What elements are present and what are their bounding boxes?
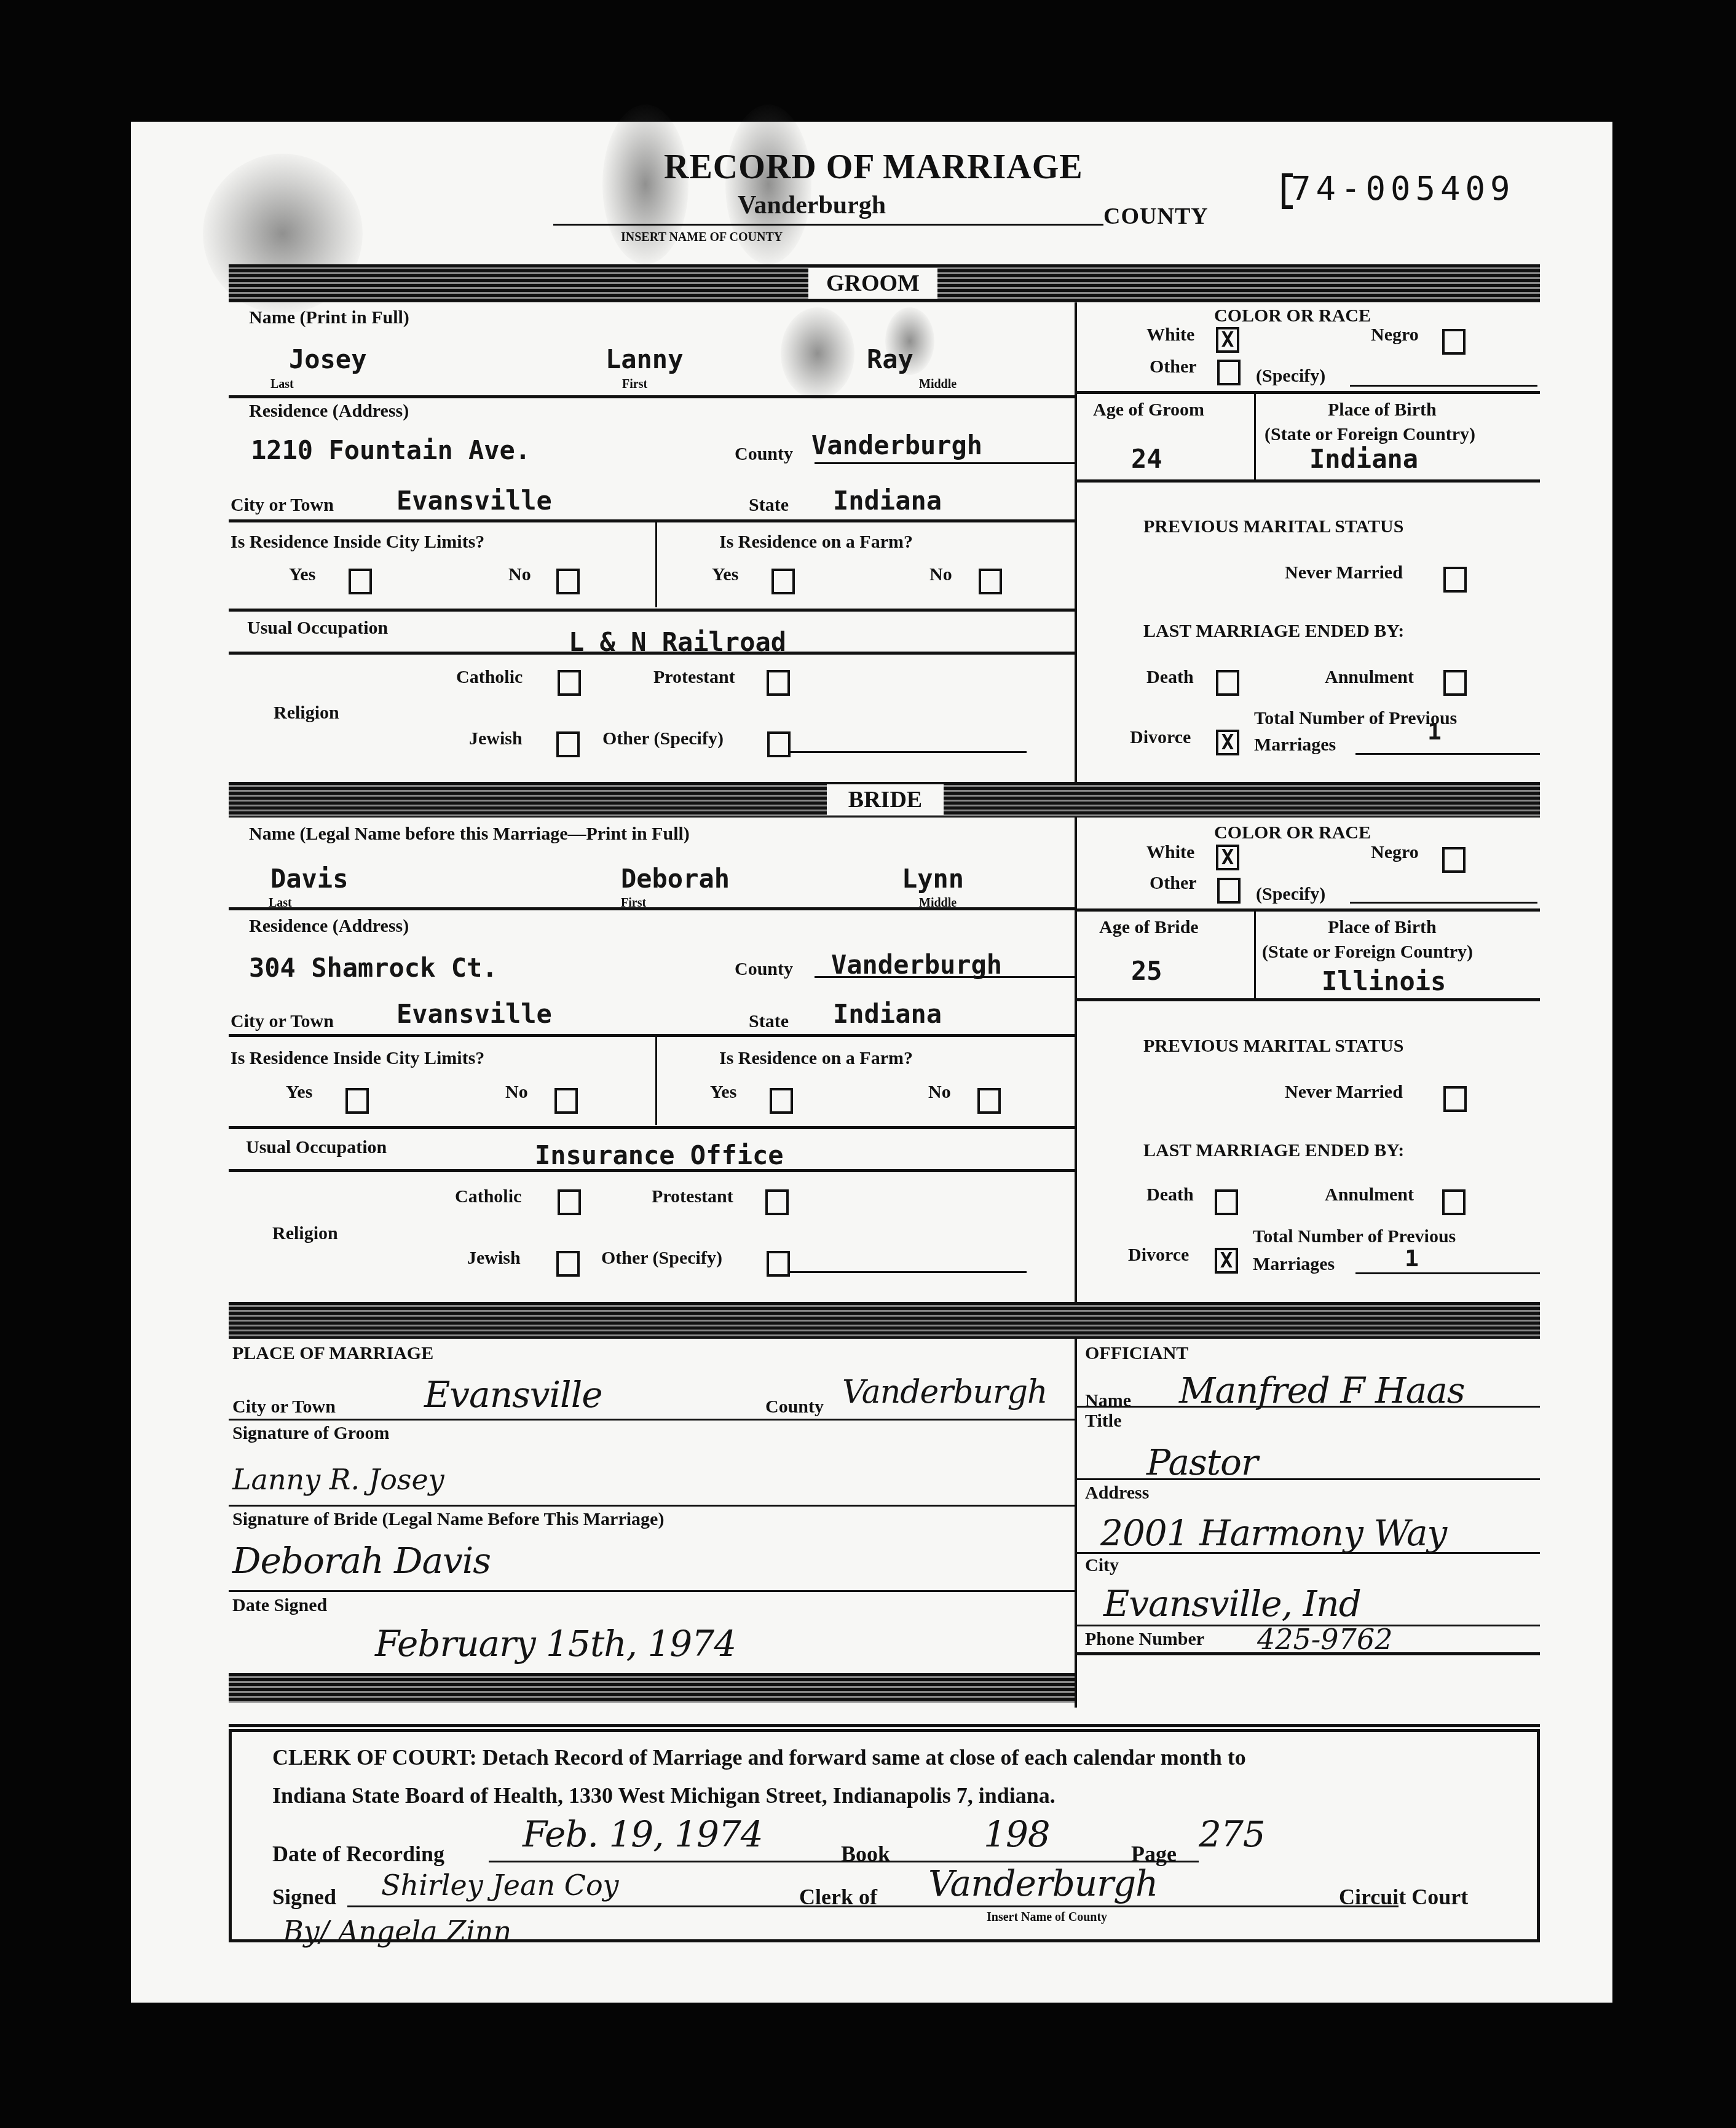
groom-race-specify-label: (Specify) (1256, 366, 1325, 387)
bride-county-label: County (735, 959, 793, 980)
bride-city-limits-no-checkbox[interactable] (554, 1088, 578, 1114)
groom-death-label: Death (1146, 667, 1194, 688)
bride-annulment-label: Annulment (1325, 1184, 1414, 1205)
groom-city-limits-no-checkbox[interactable] (556, 569, 580, 594)
bride-religion-catholic-label: Catholic (455, 1186, 521, 1207)
place-of-marriage-label: PLACE OF MARRIAGE (232, 1343, 433, 1364)
bride-last-marriage-label: LAST MARRIAGE ENDED BY: (1143, 1140, 1404, 1161)
divider (1076, 998, 1540, 1001)
divider (229, 395, 1076, 398)
marriage-county-label: County (765, 1397, 824, 1417)
officiant-name-label: Name (1085, 1390, 1131, 1411)
officiant-phone-label: Phone Number (1085, 1629, 1204, 1650)
bride-farm-question: Is Residence on a Farm? (719, 1048, 913, 1069)
groom-middle-name: Ray (867, 344, 913, 374)
date-recording-label: Date of Recording (272, 1841, 444, 1867)
bride-first-name: Deborah (621, 864, 730, 894)
groom-last-name: Josey (289, 344, 366, 374)
header-county-value: Vanderburgh (738, 191, 886, 220)
groom-last-label: Last (270, 377, 294, 392)
groom-death-checkbox[interactable] (1216, 670, 1239, 696)
bride-farm-yes-checkbox[interactable] (770, 1088, 793, 1114)
groom-state-label: State (749, 495, 789, 516)
groom-city: Evansville (397, 486, 552, 516)
divider (229, 1126, 1076, 1129)
divider (229, 1169, 1076, 1172)
bride-marriages-label: Marriages (1253, 1254, 1335, 1275)
groom-farm-no-checkbox[interactable] (979, 569, 1002, 594)
groom-race-white-checkbox[interactable]: X (1216, 327, 1239, 353)
groom-farm-yes-label: Yes (712, 564, 738, 585)
groom-religion-other-line (790, 751, 1027, 753)
bride-city-label: City or Town (231, 1011, 334, 1032)
groom-age-divider (1254, 393, 1256, 479)
groom-signature-label: Signature of Groom (232, 1423, 390, 1444)
groom-age-label: Age of Groom (1093, 400, 1204, 420)
groom-religion-label: Religion (274, 703, 339, 723)
bride-city-limits-no-label: No (505, 1082, 528, 1103)
bride-residence-label: Residence (Address) (249, 916, 409, 937)
groom-prev-status-label: PREVIOUS MARITAL STATUS (1143, 516, 1403, 537)
divider (229, 652, 1076, 655)
bride-death-label: Death (1146, 1184, 1194, 1205)
bride-city-limits-yes-checkbox[interactable] (345, 1088, 369, 1114)
bride-religion-jewish-checkbox[interactable] (556, 1251, 580, 1277)
bride-city-limits-question: Is Residence Inside City Limits? (231, 1048, 484, 1069)
clerk-of-label: Clerk of (799, 1884, 877, 1910)
divider (229, 1034, 1076, 1037)
bride-farm-no-checkbox[interactable] (977, 1088, 1001, 1114)
document-number: 74-005409 (1291, 169, 1515, 208)
officiant-label: OFFICIANT (1085, 1343, 1188, 1364)
bride-race-negro-checkbox[interactable] (1442, 847, 1466, 873)
bride-race-other-checkbox[interactable] (1217, 878, 1241, 904)
divider (1076, 391, 1540, 394)
bride-total-prev: 1 (1405, 1245, 1419, 1272)
bride-farm-yes-label: Yes (710, 1082, 736, 1103)
officiant-title: Pastor (1146, 1441, 1258, 1483)
page: 275 (1199, 1813, 1265, 1855)
groom-occupation-label: Usual Occupation (247, 618, 388, 639)
divider (229, 519, 1076, 522)
groom-middle-label: Middle (919, 377, 957, 392)
bride-death-checkbox[interactable] (1215, 1189, 1238, 1215)
circuit-court-label: Circuit Court (1339, 1884, 1468, 1910)
marriage-band (229, 1302, 1540, 1339)
groom-city-limits-question: Is Residence Inside City Limits? (231, 532, 484, 553)
groom-race-label: COLOR OR RACE (1214, 305, 1371, 326)
bride-religion-other-checkbox[interactable] (767, 1251, 790, 1277)
form-title: RECORD OF MARRIAGE (664, 148, 1083, 187)
groom-residence-divider (655, 521, 657, 607)
groom-first-label: First (622, 377, 647, 392)
bride-county: Vanderburgh (831, 950, 1002, 980)
bride-signature-line (229, 1590, 1076, 1592)
divider (1076, 479, 1540, 483)
document-number-mark (1282, 173, 1293, 209)
bride-state: Indiana (833, 999, 942, 1029)
marriage-city-line (229, 1419, 1076, 1421)
bride-race-negro-label: Negro (1371, 842, 1419, 863)
stain-name-ray (781, 307, 854, 400)
header-county-label: COUNTY (1103, 203, 1209, 230)
divider (1076, 908, 1540, 912)
groom-city-limits-yes-label: Yes (289, 564, 315, 585)
bride-state-label: State (749, 1011, 789, 1032)
groom-never-married-checkbox[interactable] (1443, 567, 1467, 593)
groom-religion-jewish-label: Jewish (469, 728, 523, 749)
groom-never-married-label: Never Married (1285, 562, 1403, 583)
groom-signature-line (229, 1505, 1076, 1507)
groom-race-other-checkbox[interactable] (1217, 360, 1241, 385)
groom-birthplace: Indiana (1309, 444, 1418, 474)
groom-city-limits-yes-checkbox[interactable] (349, 569, 372, 594)
groom-total-prev-label: Total Number of Previous (1254, 708, 1457, 729)
groom-religion-jewish-checkbox[interactable] (556, 731, 580, 757)
groom-city-label: City or Town (231, 495, 334, 516)
bride-city: Evansville (397, 999, 552, 1029)
bride-birthplace-sublabel: (State or Foreign Country) (1262, 942, 1473, 963)
groom-farm-question: Is Residence on a Farm? (719, 532, 913, 553)
bride-county-line (815, 976, 1076, 978)
officiant-address: 2001 Harmony Way (1100, 1512, 1446, 1554)
groom-annulment-label: Annulment (1325, 667, 1414, 688)
bride-section-label: BRIDE (827, 784, 944, 815)
bride-signature: Deborah Davis (232, 1540, 491, 1582)
officiant-city: Evansville, Ind (1103, 1583, 1361, 1625)
groom-birthplace-label: Place of Birth (1328, 400, 1437, 420)
bride-residence-divider (655, 1036, 657, 1125)
officiant-name-line (1076, 1406, 1540, 1408)
groom-race-negro-checkbox[interactable] (1442, 329, 1466, 355)
clerk-of: Vanderburgh (928, 1862, 1158, 1904)
bride-birthplace: Illinois (1322, 966, 1446, 996)
bride-marriages-line (1355, 1272, 1540, 1274)
groom-race-negro-label: Negro (1371, 325, 1419, 345)
bride-religion-protestant-checkbox[interactable] (765, 1189, 789, 1215)
header-county-hint: INSERT NAME OF COUNTY (621, 231, 783, 245)
bride-religion-label: Religion (272, 1223, 338, 1244)
bride-race-white-label: White (1146, 842, 1194, 863)
bride-total-prev-label: Total Number of Previous (1253, 1226, 1456, 1247)
bride-city-limits-yes-label: Yes (286, 1082, 312, 1103)
bride-race-label: COLOR OR RACE (1214, 822, 1371, 843)
groom-county-line (815, 462, 1076, 464)
groom-state: Indiana (833, 486, 942, 516)
officiant-title-label: Title (1085, 1411, 1121, 1432)
header-county-line (553, 224, 1103, 226)
bride-religion-protestant-label: Protestant (652, 1186, 733, 1207)
officiant-address-label: Address (1085, 1483, 1149, 1503)
groom-column-divider (1075, 302, 1077, 782)
divider (229, 609, 1076, 612)
groom-farm-yes-checkbox[interactable] (771, 569, 795, 594)
groom-religion-catholic-checkbox[interactable] (558, 670, 581, 696)
groom-county-label: County (735, 444, 793, 465)
groom-residence-label: Residence (Address) (249, 401, 409, 422)
groom-religion-catholic-label: Catholic (456, 667, 523, 688)
bride-middle-name: Lynn (902, 864, 964, 894)
groom-county: Vanderburgh (811, 430, 982, 460)
groom-farm-no-label: No (929, 564, 952, 585)
groom-annulment-checkbox[interactable] (1443, 670, 1467, 696)
marriage-city: Evansville (424, 1374, 602, 1416)
bride-religion-other-line (790, 1271, 1027, 1273)
officiant-title-line (1076, 1478, 1540, 1480)
book: 198 (984, 1813, 1050, 1855)
groom-first-name: Lanny (606, 344, 683, 374)
signed-label: Signed (272, 1884, 336, 1910)
bride-religion-jewish-label: Jewish (467, 1248, 521, 1269)
bride-never-married-checkbox[interactable] (1443, 1086, 1467, 1112)
clerk-signature: Shirley Jean Coy (381, 1869, 619, 1902)
book-label: Book (841, 1841, 890, 1867)
groom-religion-protestant-label: Protestant (653, 667, 735, 688)
bride-divorce-checkbox[interactable]: X (1215, 1248, 1238, 1274)
date-signed: February 15th, 1974 (375, 1623, 736, 1665)
officiant-address-line (1076, 1552, 1540, 1554)
marriage-county: Vanderburgh (842, 1374, 1048, 1411)
groom-signature: Lanny R. Josey (232, 1463, 444, 1496)
bride-age-divider (1254, 911, 1256, 998)
groom-marriages-label: Marriages (1254, 735, 1336, 755)
groom-marriages-line (1355, 753, 1540, 755)
groom-religion-other-checkbox[interactable] (767, 731, 791, 757)
bride-birthplace-label: Place of Birth (1328, 917, 1437, 938)
date-recording: Feb. 19, 1974 (523, 1813, 763, 1855)
bride-never-married-label: Never Married (1285, 1082, 1403, 1103)
groom-name-label: Name (Print in Full) (249, 307, 409, 328)
clerk-top-line (229, 1724, 1540, 1727)
bride-race-specify-label: (Specify) (1256, 884, 1325, 905)
bride-name-label: Name (Legal Name before this Marriage—Pr… (249, 824, 690, 845)
groom-race-specify-line (1350, 385, 1537, 387)
bottom-band (229, 1673, 1075, 1703)
bride-occupation-label: Usual Occupation (246, 1137, 387, 1158)
bride-race-other-label: Other (1150, 873, 1197, 894)
bride-annulment-checkbox[interactable] (1442, 1189, 1466, 1215)
bride-signature-label: Signature of Bride (Legal Name Before Th… (232, 1509, 664, 1530)
officiant-phone-line (1076, 1652, 1540, 1655)
groom-total-prev: 1 (1427, 718, 1442, 745)
groom-birthplace-sublabel: (State or Foreign Country) (1265, 424, 1475, 445)
bride-last-name: Davis (270, 864, 348, 894)
groom-divorce-label: Divorce (1130, 727, 1191, 748)
bride-address: 304 Shamrock Ct. (249, 953, 498, 983)
groom-race-white-label: White (1146, 325, 1194, 345)
bride-race-specify-line (1350, 902, 1537, 904)
bride-farm-no-label: No (928, 1082, 951, 1103)
divider (229, 907, 1076, 910)
groom-race-other-label: Other (1150, 357, 1197, 377)
bride-occupation: Insurance Office (535, 1140, 784, 1170)
bride-divorce-label: Divorce (1128, 1245, 1189, 1266)
bride-prev-status-label: PREVIOUS MARITAL STATUS (1143, 1036, 1403, 1057)
groom-age: 24 (1131, 444, 1162, 474)
groom-address: 1210 Fountain Ave. (251, 435, 531, 465)
officiant-name: Manfred F Haas (1179, 1369, 1465, 1411)
bride-religion-catholic-checkbox[interactable] (558, 1189, 581, 1215)
bride-column-divider (1075, 818, 1077, 1303)
bride-religion-other-label: Other (Specify) (601, 1248, 722, 1269)
bride-age: 25 (1131, 956, 1162, 986)
marriage-city-label: City or Town (232, 1397, 336, 1417)
clerk-county-hint: Insert Name of County (987, 1910, 1107, 1925)
bride-age-label: Age of Bride (1099, 917, 1199, 938)
clerk-by-signature: By/ Angela Zinn (283, 1915, 511, 1948)
groom-section-label: GROOM (808, 268, 937, 299)
officiant-city-label: City (1085, 1555, 1119, 1576)
bride-race-white-checkbox[interactable]: X (1216, 845, 1239, 870)
groom-divorce-checkbox[interactable]: X (1216, 730, 1239, 755)
groom-city-limits-no-label: No (508, 564, 531, 585)
clerk-instruction-line2: Indiana State Board of Health, 1330 West… (272, 1783, 1055, 1808)
groom-last-marriage-label: LAST MARRIAGE ENDED BY: (1143, 621, 1404, 642)
groom-religion-other-label: Other (Specify) (602, 728, 724, 749)
date-signed-label: Date Signed (232, 1595, 327, 1616)
officiant-phone: 425-9762 (1257, 1623, 1392, 1656)
groom-religion-protestant-checkbox[interactable] (767, 670, 790, 696)
clerk-instruction-line1: CLERK OF COURT: Detach Record of Marriag… (272, 1744, 1246, 1770)
